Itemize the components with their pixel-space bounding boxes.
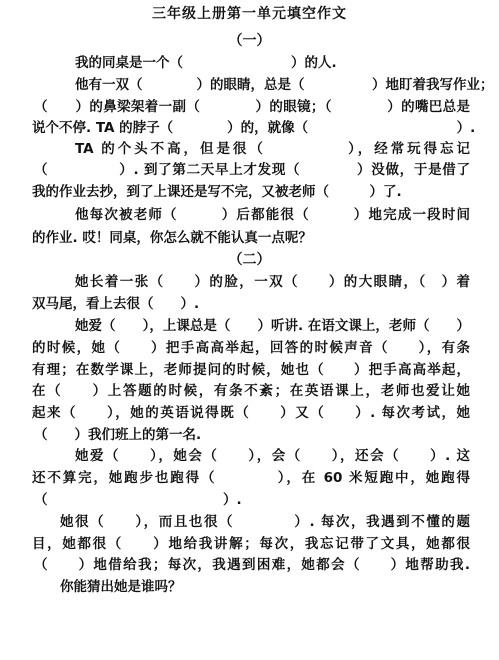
paragraph-line: （ ）的鼻梁架着一副（ ）的眼镜；（ ）的嘴巴总是 <box>34 98 470 116</box>
paragraph-line: 我的作业去抄，到了上课还是写不完，又被老师（ ）了. <box>32 183 402 201</box>
paragraph-line: 他每次被老师（ ）后都能很（ ）地完成一段时间 <box>75 206 470 224</box>
paragraph-line: （ ）地借给我；每次，我遇到困难，她都会（ ）地帮助我. <box>34 556 470 574</box>
section-heading-1: （一） <box>0 32 499 50</box>
paragraph-line: 有理；在数学课上，老师提问的时候，她也（ ）把手高高举起， <box>32 361 470 379</box>
paragraph-line: 说个不停. TA 的脖子（ ）的，就像（ ）. <box>32 119 470 137</box>
paragraph-line: （ ）. <box>34 491 242 509</box>
paragraph-line: 的时候，她（ ）把手高高举起，回答的时候声音（ ），有条 <box>32 339 470 357</box>
paragraph-line: 双马尾，看上去很（ ）. <box>32 295 199 313</box>
paragraph-line: 她爱（ ），她会（ ），会（ ），还会（ ）. 这 <box>75 447 470 465</box>
paragraph-line: 的作业. 哎！同桌，你怎么就不能认真一点呢？ <box>32 229 312 247</box>
paragraph-line: 她很（ ），而且也很（ ）. 每次，我遇到不懂的题 <box>60 513 470 531</box>
section-heading-2: （二） <box>0 251 499 269</box>
paragraph-line: 他有一双（ ）的眼睛，总是（ ）地盯着我写作业； <box>75 76 470 94</box>
worksheet-page: 三年级上册第一单元填空作文 （一） 我的同桌是一个（ ）的人. 他有一双（ ）的… <box>0 0 499 660</box>
paragraph-line: 在（ ）上答题的时候，有条不紊；在英语课上，老师也爱让她 <box>32 382 470 400</box>
paragraph-line: 起来（ ），她的英语说得既（ ）又（ ）. 每次考试，她 <box>32 404 470 422</box>
paragraph-line: 你能猜出她是谁吗？ <box>60 578 182 596</box>
document-title: 三年级上册第一单元填空作文 <box>0 5 499 23</box>
paragraph-line: （ ）我们班上的第一名. <box>34 426 201 444</box>
paragraph-line: 目，她都很（ ）地给我讲解；每次，我忘记带了文具，她都很 <box>32 535 470 553</box>
paragraph-line: （ ）. 到了第二天早上才发现（ ）没做，于是借了 <box>34 161 470 179</box>
paragraph-line: TA 的个头不高，但是很（ ），经常玩得忘记 <box>75 140 470 158</box>
paragraph-line: 她长着一张（ ）的脸，一双（ ）的大眼睛，（ ）着 <box>75 273 470 291</box>
paragraph-line: 她爱（ ），上课总是（ ）听讲. 在语文课上，老师（ ） <box>75 317 470 335</box>
paragraph-line: 还不算完，她跑步也跑得（ ），在 60 米短跑中，她跑得 <box>32 469 470 487</box>
paragraph-line: 我的同桌是一个（ ）的人. <box>75 54 337 72</box>
